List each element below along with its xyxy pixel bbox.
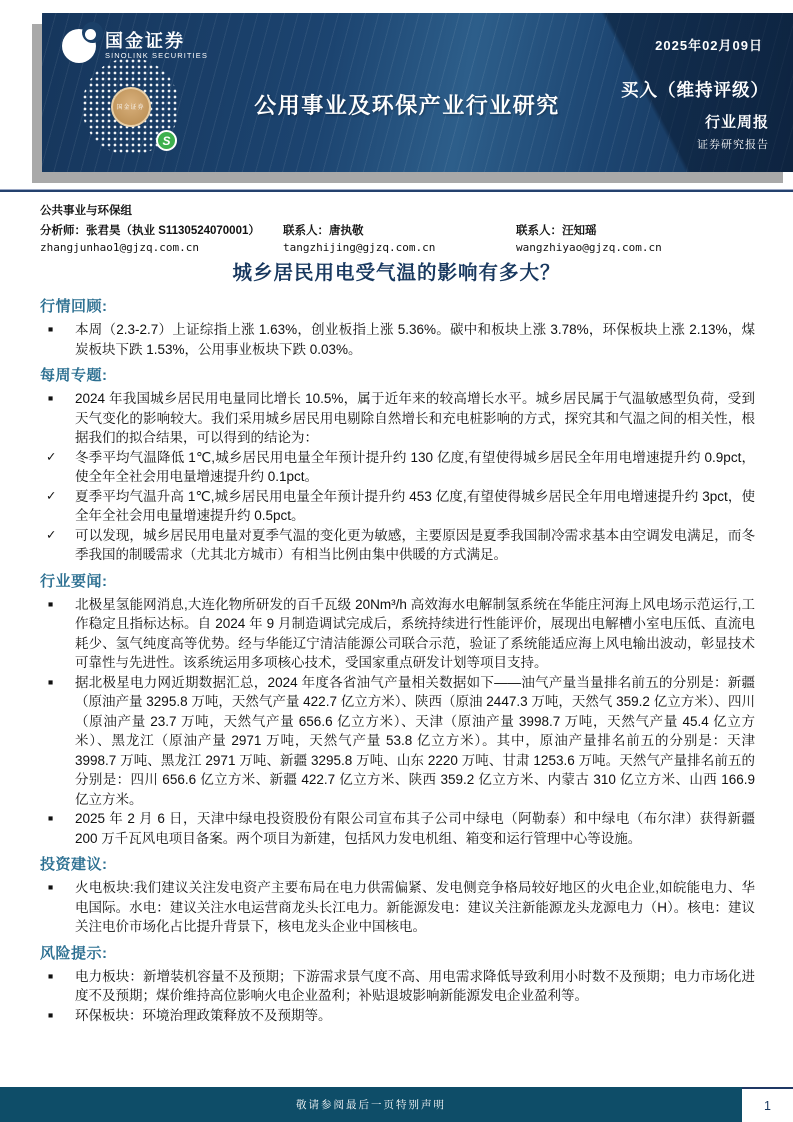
section-heading: 风险提示: bbox=[40, 942, 755, 963]
analyst-block: 公共事业与环保组 分析师：张君昊（执业 S1130524070001） zhan… bbox=[40, 202, 754, 254]
square-bullet-icon: ■ bbox=[40, 389, 75, 409]
bullet-item: ✓ 可以发现，城乡居民用电量对夏季气温的变化更为敏感，主要原因是夏季我国制冷需求… bbox=[40, 526, 755, 565]
footer-disclaimer-bar: 敬请参阅最后一页特别声明 bbox=[0, 1087, 742, 1122]
team-grid: 分析师：张君昊（执业 S1130524070001） zhangjunhao1@… bbox=[40, 222, 754, 254]
bullet-item: ■ 2025 年 2 月 6 日，天津中绿电投资股份有限公司宣布其子公司中绿电（… bbox=[40, 809, 755, 848]
bullet-text: 本周（2.3-2.7）上证综指上涨 1.63%，创业板指上涨 5.36%。碳中和… bbox=[75, 320, 755, 359]
bullet-text: 电力板块：新增装机容量不及预期；下游需求景气度不高、用电需求降低导致利用小时数不… bbox=[75, 967, 755, 1006]
section-heading: 行业要闻: bbox=[40, 570, 755, 591]
contact-name: 联系人：汪知瑶 bbox=[516, 222, 754, 238]
square-bullet-icon: ■ bbox=[40, 809, 75, 829]
check-bullet-icon: ✓ bbox=[40, 448, 75, 468]
brand-name: 国金证券 SINOLINK SECURITIES bbox=[105, 32, 208, 61]
bullet-item: ✓ 夏季平均气温升高 1℃,城乡居民用电量全年预计提升约 453 亿度,有望使得… bbox=[40, 487, 755, 526]
rating-badge: 买入（维持评级） bbox=[621, 77, 769, 102]
bullet-item: ■ 据北极星电力网近期数据汇总，2024 年度各省油气产量相关数据如下——油气产… bbox=[40, 673, 755, 810]
bullet-item: ■ 本周（2.3-2.7）上证综指上涨 1.63%，创业板指上涨 5.36%。碳… bbox=[40, 320, 755, 359]
bullet-text: 冬季平均气温降低 1℃,城乡居民用电量全年预计提升约 130 亿度,有望使得城乡… bbox=[75, 448, 755, 487]
section-heading: 行情回顾: bbox=[40, 295, 755, 316]
sinolink-logo-icon bbox=[62, 29, 96, 63]
section-heading: 每周专题: bbox=[40, 364, 755, 385]
bullet-text: 夏季平均气温升高 1℃,城乡居民用电量全年预计提升约 453 亿度,有望使得城乡… bbox=[75, 487, 755, 526]
report-page: 国金证券 SINOLINK SECURITIES 国金证券 S 2025年02月… bbox=[0, 0, 793, 1122]
check-bullet-icon: ✓ bbox=[40, 526, 75, 546]
contact-email: wangzhiyao@gjzq.com.cn bbox=[516, 241, 754, 254]
section-investment-advice: 投资建议: ■ 火电板块:我们建议关注发电资产主要布局在电力供需偏紧、发电侧竞争… bbox=[40, 853, 755, 937]
contact-col: 联系人：汪知瑶 wangzhiyao@gjzq.com.cn bbox=[516, 222, 754, 254]
square-bullet-icon: ■ bbox=[40, 320, 75, 340]
analyst-col: 分析师：张君昊（执业 S1130524070001） zhangjunhao1@… bbox=[40, 222, 283, 254]
section-market-review: 行情回顾: ■ 本周（2.3-2.7）上证综指上涨 1.63%，创业板指上涨 5… bbox=[40, 295, 755, 359]
team-group-name: 公共事业与环保组 bbox=[40, 202, 754, 218]
bullet-item: ■ 北极星氢能网消息,大连化物所研发的百千瓦级 20Nm³/h 高效海水电解制氢… bbox=[40, 595, 755, 673]
square-bullet-icon: ■ bbox=[40, 1006, 75, 1026]
square-bullet-icon: ■ bbox=[40, 967, 75, 987]
header-divider bbox=[0, 189, 793, 192]
bullet-text: 可以发现，城乡居民用电量对夏季气温的变化更为敏感，主要原因是夏季我国制冷需求基本… bbox=[75, 526, 755, 565]
analyst-name: 分析师：张君昊（执业 S1130524070001） bbox=[40, 222, 283, 238]
bullet-text: 2025 年 2 月 6 日，天津中绿电投资股份有限公司宣布其子公司中绿电（阿勒… bbox=[75, 809, 755, 848]
bullet-text: 环保板块：环境治理政策释放不及预期等。 bbox=[75, 1006, 755, 1026]
header-banner: 国金证券 SINOLINK SECURITIES 国金证券 S 2025年02月… bbox=[42, 13, 793, 172]
section-industry-news: 行业要闻: ■ 北极星氢能网消息,大连化物所研发的百千瓦级 20Nm³/h 高效… bbox=[40, 570, 755, 849]
contact-email: tangzhijing@gjzq.com.cn bbox=[283, 241, 516, 254]
bullet-item: ✓ 冬季平均气温降低 1℃,城乡居民用电量全年预计提升约 130 亿度,有望使得… bbox=[40, 448, 755, 487]
bullet-text: 火电板块:我们建议关注发电资产主要布局在电力供需偏紧、发电侧竞争格局较好地区的火… bbox=[75, 878, 755, 937]
bullet-item: ■ 2024 年我国城乡居民用电量同比增长 10.5%，属于近年来的较高增长水平… bbox=[40, 389, 755, 448]
bullet-text: 据北极星电力网近期数据汇总，2024 年度各省油气产量相关数据如下——油气产量当… bbox=[75, 673, 755, 810]
contact-name: 联系人：唐执敬 bbox=[283, 222, 516, 238]
check-bullet-icon: ✓ bbox=[40, 487, 75, 507]
bullet-text: 2024 年我国城乡居民用电量同比增长 10.5%，属于近年来的较高增长水平。城… bbox=[75, 389, 755, 448]
brand-name-cn: 国金证券 bbox=[105, 32, 208, 52]
report-label: 证券研究报告 bbox=[697, 136, 769, 152]
document-title: 城乡居民用电受气温的影响有多大？ bbox=[0, 257, 793, 285]
wechat-badge-icon: S bbox=[156, 130, 177, 151]
page-number: 1 bbox=[742, 1087, 793, 1122]
bullet-text: 北极星氢能网消息,大连化物所研发的百千瓦级 20Nm³/h 高效海水电解制氢系统… bbox=[75, 595, 755, 673]
contact-col: 联系人：唐执敬 tangzhijing@gjzq.com.cn bbox=[283, 222, 516, 254]
square-bullet-icon: ■ bbox=[40, 878, 75, 898]
qr-center-logo: 国金证券 bbox=[111, 87, 151, 127]
section-heading: 投资建议: bbox=[40, 853, 755, 874]
analyst-email: zhangjunhao1@gjzq.com.cn bbox=[40, 241, 283, 254]
report-type: 行业周报 bbox=[705, 111, 769, 132]
footer-disclaimer-text: 敬请参阅最后一页特别声明 bbox=[296, 1097, 446, 1112]
qr-code: 国金证券 S bbox=[82, 58, 179, 155]
bullet-item: ■ 火电板块:我们建议关注发电资产主要布局在电力供需偏紧、发电侧竞争格局较好地区… bbox=[40, 878, 755, 937]
report-body: 行情回顾: ■ 本周（2.3-2.7）上证综指上涨 1.63%，创业板指上涨 5… bbox=[40, 290, 755, 1025]
square-bullet-icon: ■ bbox=[40, 595, 75, 615]
bullet-item: ■ 环保板块：环境治理政策释放不及预期等。 bbox=[40, 1006, 755, 1026]
bullet-item: ■ 电力板块：新增装机容量不及预期；下游需求景气度不高、用电需求降低导致利用小时… bbox=[40, 967, 755, 1006]
banner-title: 公用事业及环保产业行业研究 bbox=[207, 89, 607, 120]
section-risk-warning: 风险提示: ■ 电力板块：新增装机容量不及预期；下游需求景气度不高、用电需求降低… bbox=[40, 942, 755, 1026]
section-weekly-topic: 每周专题: ■ 2024 年我国城乡居民用电量同比增长 10.5%，属于近年来的… bbox=[40, 364, 755, 565]
report-date: 2025年02月09日 bbox=[655, 35, 763, 54]
square-bullet-icon: ■ bbox=[40, 673, 75, 693]
